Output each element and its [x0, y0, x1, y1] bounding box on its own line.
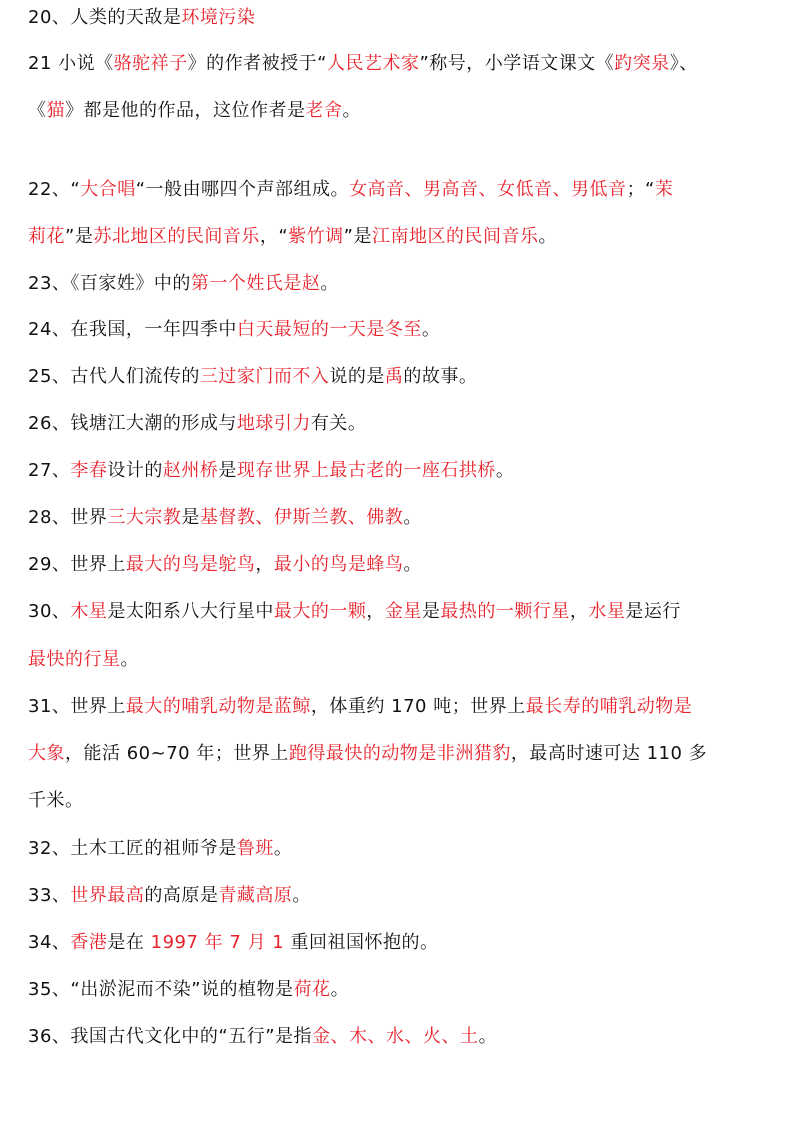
body-text: 28、世界 [28, 507, 107, 528]
body-text: 的高原是 [144, 885, 218, 906]
text-line: 《猫》都是他的作品，这位作者是老舍。 [28, 99, 361, 123]
text-line: 29、世界上最大的鸟是鸵鸟，最小的鸟是蜂鸟。 [28, 553, 422, 577]
text-line: 20、人类的天敌是环境污染 [28, 6, 255, 30]
text-line: 25、古代人们流传的三过家门而不入说的是禹的故事。 [28, 365, 477, 389]
text-line: 33、世界最高的高原是青藏高原。 [28, 884, 311, 908]
highlighted-answer: 赵州桥 [163, 460, 219, 481]
highlighted-answer: 趵突泉 [614, 53, 670, 74]
body-text: ， [366, 601, 385, 622]
body-text: ，最高时速可达 110 多 [511, 743, 707, 764]
highlighted-answer: 金星 [385, 601, 422, 622]
text-line: 千米。 [28, 789, 84, 813]
body-text: 是 [181, 507, 200, 528]
text-line: 30、木星是太阳系八大行星中最大的一颗，金星是最热的一颗行星，水星是运行 [28, 600, 681, 624]
body-text: 。 [422, 319, 441, 340]
highlighted-answer: 猫 [47, 100, 66, 121]
body-text: ， [570, 601, 589, 622]
text-line: 21 小说《骆驼祥子》的作者被授于“人民艺术家”称号，小学语文课文《趵突泉》、 [28, 52, 698, 76]
body-text: 设计的 [107, 460, 163, 481]
body-text: 。 [496, 460, 515, 481]
text-line: 大象，能活 60~70 年；世界上跑得最快的动物是非洲猎豹，最高时速可达 110… [28, 742, 707, 766]
body-text: 重回祖国怀抱的。 [284, 932, 438, 953]
text-line: 26、钱塘江大潮的形成与地球引力有关。 [28, 412, 366, 436]
highlighted-answer: 1997 年 7 月 1 [151, 932, 285, 953]
body-text: 的故事。 [403, 366, 477, 387]
highlighted-answer: 三过家门而不入 [200, 366, 330, 387]
highlighted-answer: 苏北地区的民间音乐 [93, 226, 260, 247]
highlighted-answer: 茉 [655, 179, 674, 200]
body-text: 34、 [28, 932, 70, 953]
highlighted-answer: 骆驼祥子 [114, 53, 188, 74]
highlighted-answer: 禹 [385, 366, 404, 387]
text-line: 36、我国古代文化中的“五行”是指金、木、水、火、土。 [28, 1025, 497, 1049]
highlighted-answer: 最大的一颗 [274, 601, 367, 622]
body-text: 31、世界上 [28, 696, 126, 717]
body-text: 。 [331, 979, 350, 1000]
body-text: 》都是他的作品，这位作者是 [65, 100, 306, 121]
body-text: ”称号，小学语文课文《 [419, 53, 614, 74]
body-text: 是太阳系八大行星中 [107, 601, 274, 622]
body-text: 。 [403, 507, 422, 528]
body-text: ；“ [627, 179, 655, 200]
text-line: 34、香港是在 1997 年 7 月 1 重回祖国怀抱的。 [28, 931, 438, 955]
highlighted-answer: 世界最高 [70, 885, 144, 906]
highlighted-answer: 环境污染 [181, 7, 255, 28]
body-text: ，体重约 170 吨；世界上 [311, 696, 526, 717]
body-text: 。 [403, 554, 422, 575]
body-text: 是在 [107, 932, 150, 953]
highlighted-answer: 最大的哺乳动物是蓝鲸 [126, 696, 311, 717]
highlighted-answer: 最大的鸟是鸵鸟 [126, 554, 256, 575]
highlighted-answer: 水星 [588, 601, 625, 622]
highlighted-answer: 现存世界上最古老的一座石拱桥 [237, 460, 496, 481]
highlighted-answer: 最快的行星 [28, 649, 121, 670]
text-line: 23、《百家姓》中的第一个姓氏是赵。 [28, 272, 339, 296]
body-text: 30、 [28, 601, 70, 622]
highlighted-answer: 大合唱 [80, 179, 136, 200]
body-text: 21 小说《 [28, 53, 114, 74]
body-text: 24、在我国，一年四季中 [28, 319, 237, 340]
body-text: 。 [538, 226, 557, 247]
body-text: 。 [320, 273, 339, 294]
body-text: 。 [121, 649, 140, 670]
body-text: ，能活 60~70 年；世界上 [65, 743, 289, 764]
text-line: 35、“出淤泥而不染”说的植物是荷花。 [28, 978, 349, 1002]
body-text: 有关。 [311, 413, 367, 434]
text-line: 27、李春设计的赵州桥是现存世界上最古老的一座石拱桥。 [28, 459, 514, 483]
body-text: 》的作者被授于“ [188, 53, 327, 74]
text-line: 32、土木工匠的祖师爷是鲁班。 [28, 837, 292, 861]
text-line: 24、在我国，一年四季中白天最短的一天是冬至。 [28, 318, 440, 342]
body-text: “一般由哪四个声部组成。 [136, 179, 349, 200]
highlighted-answer: 大象 [28, 743, 65, 764]
text-line: 28、世界三大宗教是基督教、伊斯兰教、佛教。 [28, 506, 422, 530]
highlighted-answer: 最热的一颗行星 [440, 601, 570, 622]
body-text: 。 [479, 1026, 498, 1047]
body-text: 36、我国古代文化中的“五行”是指 [28, 1026, 312, 1047]
highlighted-answer: 白天最短的一天是冬至 [237, 319, 422, 340]
body-text: ， [255, 554, 274, 575]
body-text: 25、古代人们流传的 [28, 366, 200, 387]
body-text: 33、 [28, 885, 70, 906]
highlighted-answer: 最小的鸟是蜂鸟 [274, 554, 404, 575]
body-text: ”是 [65, 226, 93, 247]
highlighted-answer: 基督教、伊斯兰教、佛教 [200, 507, 404, 528]
body-text: 。 [292, 885, 311, 906]
body-text: 是运行 [625, 601, 681, 622]
body-text: 。 [343, 100, 362, 121]
body-text: 23、《百家姓》中的 [28, 273, 191, 294]
body-text: 千米。 [28, 790, 84, 811]
body-text: 是 [422, 601, 441, 622]
highlighted-answer: 三大宗教 [107, 507, 181, 528]
highlighted-answer: 李春 [70, 460, 107, 481]
body-text: ”是 [344, 226, 372, 247]
body-text: 22、“ [28, 179, 80, 200]
body-text: 》、 [670, 53, 698, 74]
body-text: 27、 [28, 460, 70, 481]
highlighted-answer: 老舍 [306, 100, 343, 121]
highlighted-answer: 紫竹调 [288, 226, 344, 247]
highlighted-answer: 跑得最快的动物是非洲猎豹 [289, 743, 511, 764]
body-text: 说的是 [329, 366, 385, 387]
highlighted-answer: 木星 [70, 601, 107, 622]
body-text: ，“ [260, 226, 288, 247]
body-text: 《 [28, 100, 47, 121]
highlighted-answer: 第一个姓氏是赵 [191, 273, 321, 294]
highlighted-answer: 莉花 [28, 226, 65, 247]
text-line: 22、“大合唱“一般由哪四个声部组成。女高音、男高音、女低音、男低音；“茉 [28, 178, 673, 202]
text-line: 莉花”是苏北地区的民间音乐，“紫竹调”是江南地区的民间音乐。 [28, 225, 557, 249]
highlighted-answer: 江南地区的民间音乐 [372, 226, 539, 247]
body-text: 20、人类的天敌是 [28, 7, 181, 28]
body-text: 29、世界上 [28, 554, 126, 575]
highlighted-answer: 地球引力 [237, 413, 311, 434]
body-text: 。 [274, 838, 293, 859]
highlighted-answer: 荷花 [294, 979, 331, 1000]
body-text: 35、“出淤泥而不染”说的植物是 [28, 979, 294, 1000]
highlighted-answer: 鲁班 [237, 838, 274, 859]
highlighted-answer: 人民艺术家 [327, 53, 420, 74]
highlighted-answer: 金、木、水、火、土 [312, 1026, 479, 1047]
text-line: 31、世界上最大的哺乳动物是蓝鲸，体重约 170 吨；世界上最长寿的哺乳动物是 [28, 695, 692, 719]
highlighted-answer: 最长寿的哺乳动物是 [526, 696, 693, 717]
body-text: 26、钱塘江大潮的形成与 [28, 413, 237, 434]
body-text: 是 [218, 460, 237, 481]
body-text: 32、土木工匠的祖师爷是 [28, 838, 237, 859]
highlighted-answer: 女高音、男高音、女低音、男低音 [349, 179, 627, 200]
highlighted-answer: 香港 [70, 932, 107, 953]
text-line: 最快的行星。 [28, 648, 139, 672]
highlighted-answer: 青藏高原 [218, 885, 292, 906]
